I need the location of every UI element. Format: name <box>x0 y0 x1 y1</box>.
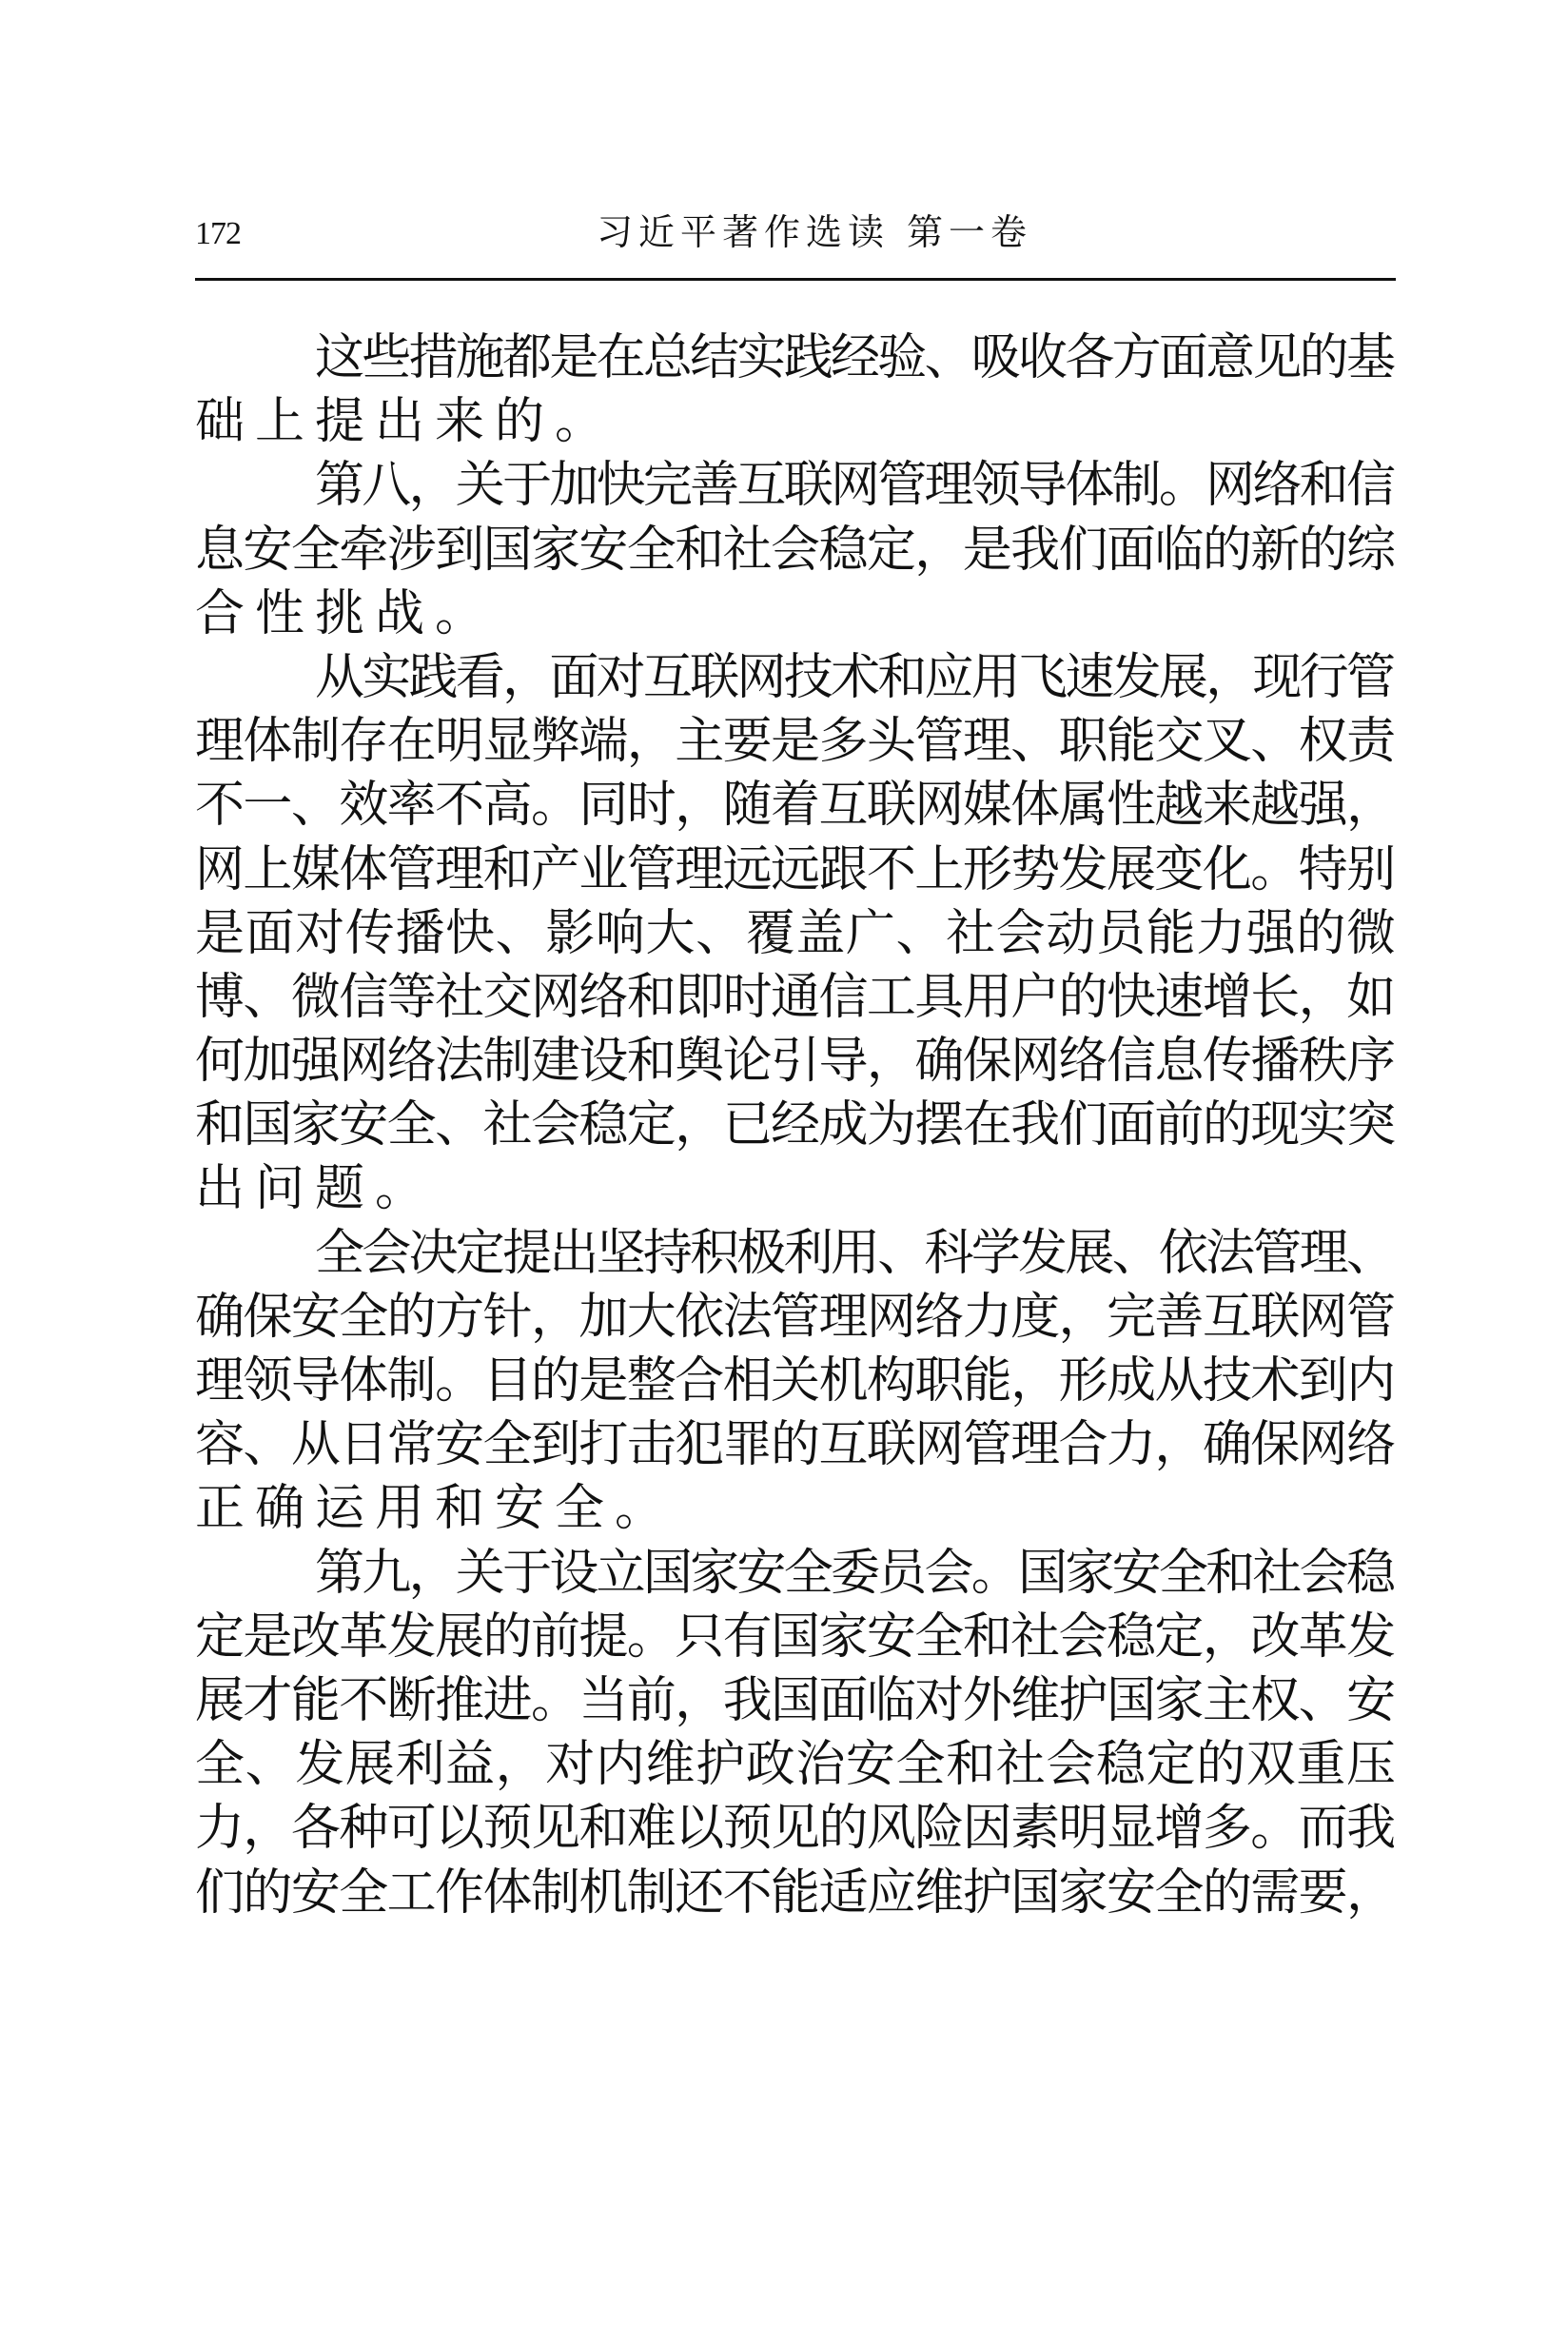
text-line: 是面对传播快、影响大、覆盖广、社会动员能力强的微 <box>195 902 1396 966</box>
text-line: 不一、效率不高。同时，随着互联网媒体属性越来越强， <box>195 774 1396 838</box>
text-line: 何加强网络法制建设和舆论引导，确保网络信息传播秩序 <box>195 1030 1396 1094</box>
text-line: 出问题。 <box>195 1157 1396 1221</box>
text-line: 力，各种可以预见和难以预见的风险因素明显增多。而我 <box>195 1797 1396 1861</box>
running-head: 172 习近平著作选读 第一卷 <box>195 211 1396 259</box>
text-line: 理体制存在明显弊端，主要是多头管理、职能交叉、权责 <box>195 710 1396 774</box>
text-line: 们的安全工作体制机制还不能适应维护国家安全的需要， <box>195 1862 1396 1925</box>
paragraph-first-line: 第八，关于加快完善互联网管理领导体制。网络和信 <box>195 454 1396 518</box>
book-page: 172 习近平著作选读 第一卷 这些措施都是在总结实践经验、吸收各方面意见的基础… <box>0 0 1568 2347</box>
text-line: 容、从日常安全到打击犯罪的互联网管理合力，确保网络 <box>195 1413 1396 1477</box>
paragraph-first-line: 全会决定提出坚持积极利用、科学发展、依法管理、 <box>195 1222 1396 1286</box>
body-text: 这些措施都是在总结实践经验、吸收各方面意见的基础上提出来的。第八，关于加快完善互… <box>195 326 1396 1925</box>
text-line: 息安全牵涉到国家安全和社会稳定，是我们面临的新的综 <box>195 519 1396 582</box>
text-line: 定是改革发展的前提。只有国家安全和社会稳定，改革发 <box>195 1606 1396 1669</box>
text-line: 和国家安全、社会稳定，已经成为摆在我们面前的现实突 <box>195 1094 1396 1157</box>
text-line: 博、微信等社交网络和即时通信工具用户的快速增长，如 <box>195 966 1396 1030</box>
text-line: 础上提出来的。 <box>195 390 1396 454</box>
text-line: 全、发展利益，对内维护政治安全和社会稳定的双重压 <box>195 1733 1396 1797</box>
text-line: 确保安全的方针，加大依法管理网络力度，完善互联网管 <box>195 1286 1396 1350</box>
header-divider <box>195 278 1396 281</box>
text-line: 合性挑战。 <box>195 582 1396 646</box>
paragraph-first-line: 第九，关于设立国家安全委员会。国家安全和社会稳 <box>195 1542 1396 1606</box>
text-line: 正确运用和安全。 <box>195 1477 1396 1541</box>
text-line: 网上媒体管理和产业管理远远跟不上形势发展变化。特别 <box>195 838 1396 902</box>
book-title: 习近平著作选读 第一卷 <box>195 211 1396 253</box>
text-line: 理领导体制。目的是整合相关机构职能，形成从技术到内 <box>195 1350 1396 1413</box>
paragraph-first-line: 这些措施都是在总结实践经验、吸收各方面意见的基 <box>195 326 1396 390</box>
text-line: 展才能不断推进。当前，我国面临对外维护国家主权、安 <box>195 1669 1396 1733</box>
paragraph-first-line: 从实践看，面对互联网技术和应用飞速发展，现行管 <box>195 646 1396 710</box>
